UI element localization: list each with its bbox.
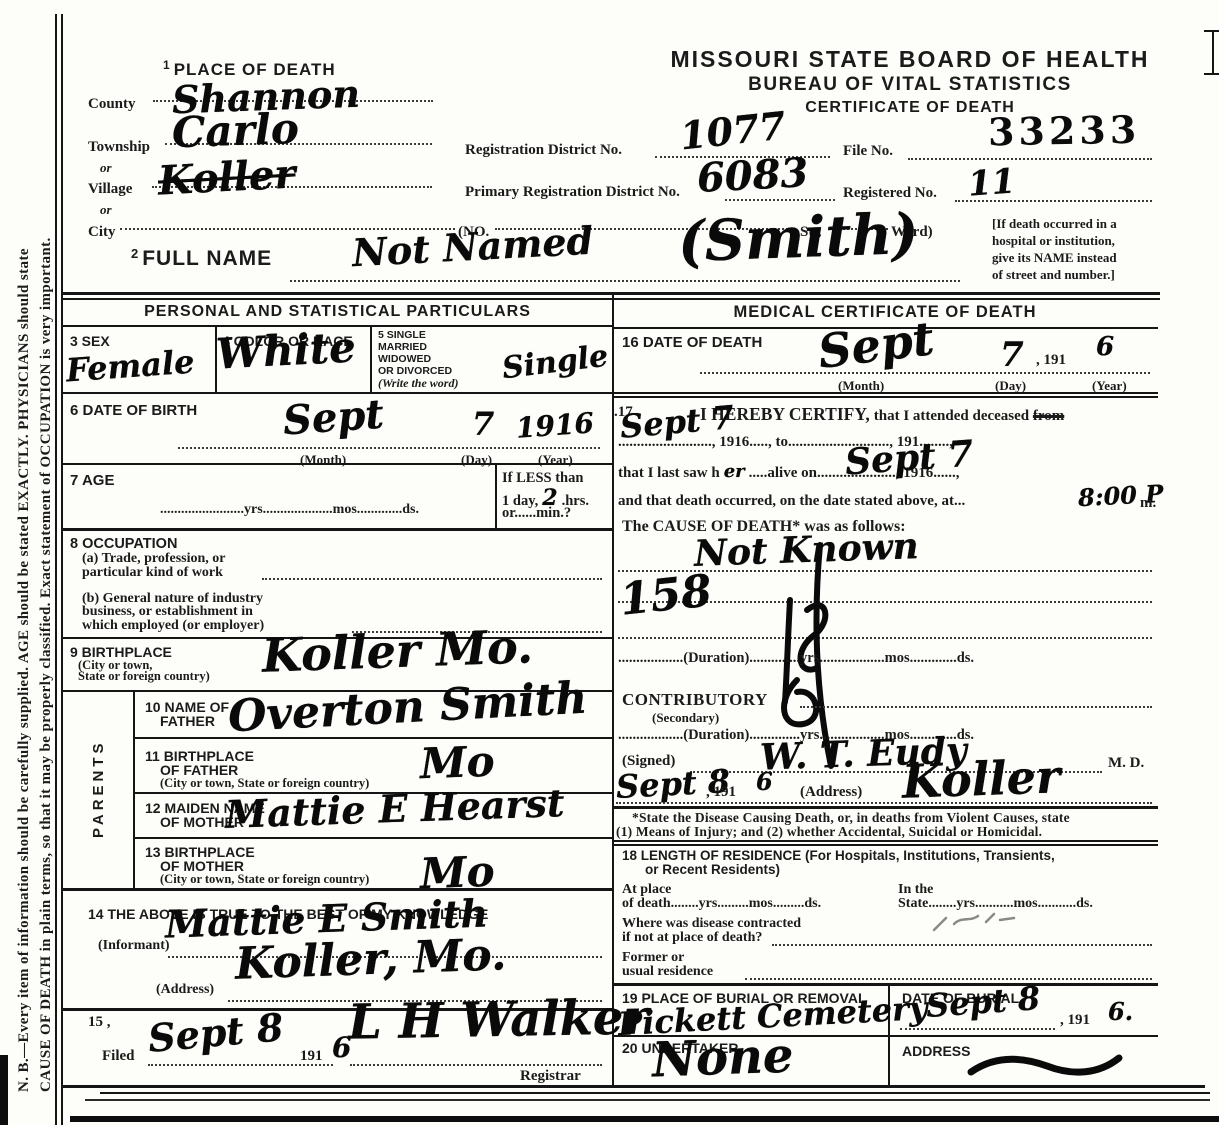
primary-district-label: Primary Registration District No. bbox=[465, 184, 680, 201]
marital-value: Single bbox=[501, 342, 610, 385]
informant-address-value: Koller, Mo. bbox=[234, 933, 507, 986]
full-name-label: 2 FULL NAME bbox=[131, 246, 272, 271]
race-marital-divider bbox=[370, 325, 372, 392]
full-name-given: Not Named bbox=[351, 222, 594, 273]
township-value: Carlo bbox=[171, 108, 299, 154]
parents-vertical-label: PARENTS bbox=[90, 739, 107, 838]
burial-date-value: Sept 8 bbox=[925, 982, 1041, 1022]
undertaker-address-dash-stroke bbox=[965, 1050, 1125, 1082]
left-border-line-outer bbox=[55, 14, 57, 1125]
date-of-death-line bbox=[700, 372, 1150, 374]
date-of-death-month: Sept bbox=[816, 315, 937, 375]
rule-under-footnote-2 bbox=[612, 844, 1158, 846]
date-of-death-day: 7 bbox=[1000, 338, 1024, 372]
at-place-line2: of death........yrs.........mos.........… bbox=[622, 896, 821, 912]
last-saw-pre: that I last saw h bbox=[618, 465, 720, 481]
margin-note-line2: CAUSE OF DEATH in plain terms, so that i… bbox=[38, 237, 55, 1092]
signed-year-printed: , 191 bbox=[706, 784, 736, 801]
bureau-title: BUREAU OF VITAL STATISTICS bbox=[650, 74, 1170, 96]
full-name-line bbox=[290, 280, 960, 282]
bottom-rule-1 bbox=[63, 1085, 1205, 1088]
cause-line-3 bbox=[618, 637, 1152, 639]
rule-under-age bbox=[63, 528, 612, 531]
county-label: County bbox=[88, 96, 136, 113]
marital-label-line3: WIDOWED bbox=[378, 353, 458, 365]
dob-day-caption: (Day) bbox=[461, 452, 492, 468]
rule-under-father-name bbox=[133, 737, 612, 739]
death-occurred-line: and that death occurred, on the date sta… bbox=[618, 493, 965, 510]
burial-year-digit: 6. bbox=[1108, 1000, 1133, 1024]
left-border-line-inner bbox=[61, 14, 63, 1125]
residence-label-line1: 18 LENGTH OF RESIDENCE (For Hospitals, I… bbox=[622, 848, 1055, 863]
village-value-struck: Koller bbox=[157, 154, 296, 201]
village-or: or bbox=[100, 202, 112, 218]
contributory-line bbox=[800, 706, 1152, 708]
last-saw-date: Sept 7 bbox=[844, 436, 974, 481]
residence-label-line2: or Recent Residents) bbox=[645, 862, 780, 877]
secondary-label: (Secondary) bbox=[652, 710, 719, 726]
bottom-rule-2 bbox=[100, 1092, 1210, 1094]
former-residence-line2: usual residence bbox=[622, 964, 713, 980]
full-name-label-text: FULL NAME bbox=[142, 247, 272, 270]
full-name-surname: (Smith) bbox=[677, 206, 919, 270]
certify-from-struck: from bbox=[1033, 408, 1064, 424]
mother-maiden-value: Mattie E Hearst bbox=[224, 784, 565, 834]
md-label: M. D. bbox=[1108, 755, 1144, 772]
dob-label: 6 DATE OF BIRTH bbox=[70, 402, 197, 419]
rule-under-signed bbox=[612, 806, 1158, 809]
hospital-note-line3: give its NAME instead bbox=[992, 249, 1117, 266]
contracted-line2: if not at place of death? bbox=[622, 930, 762, 946]
marital-label-line2: MARRIED bbox=[378, 341, 458, 353]
certify-line: I HEREBY CERTIFY, that I attended deceas… bbox=[700, 404, 1064, 425]
dob-year-value: 1916 bbox=[515, 409, 595, 442]
scan-artifact-top-right-3 bbox=[1204, 73, 1219, 75]
marital-label: 5 SINGLE MARRIED WIDOWED OR DIVORCED (Wr… bbox=[378, 329, 458, 389]
rule-under-residence bbox=[612, 983, 1158, 986]
hospital-note-line4: of street and number.] bbox=[992, 266, 1117, 283]
registered-no-value: 11 bbox=[967, 164, 1017, 201]
registrar-label: Registrar bbox=[520, 1068, 581, 1085]
marital-label-line1: 5 SINGLE bbox=[378, 329, 458, 341]
informant-address-label: (Address) bbox=[156, 982, 214, 998]
dob-month-caption: (Month) bbox=[300, 452, 346, 468]
burial-date-line bbox=[900, 1028, 1055, 1030]
file-no-line bbox=[908, 158, 1152, 160]
hospital-note-line2: hospital or institution, bbox=[992, 232, 1117, 249]
father-birthplace-value: Mo bbox=[419, 741, 495, 786]
age-label: 7 AGE bbox=[70, 472, 114, 489]
burial-year-printed: , 191 bbox=[1060, 1012, 1090, 1029]
birthplace-sub2: State or foreign country) bbox=[78, 669, 210, 684]
file-no-label: File No. bbox=[843, 143, 893, 160]
hospital-note-line1: [If death occurred in a bbox=[992, 215, 1117, 232]
filed-year-printed: 191 bbox=[300, 1048, 323, 1065]
father-name-label2: FATHER bbox=[160, 713, 215, 729]
primary-district-value: 6083 bbox=[696, 153, 809, 199]
scan-artifact-top-right-2 bbox=[1212, 32, 1214, 74]
undertaker-value: None bbox=[651, 1032, 794, 1085]
race-value: White bbox=[215, 326, 357, 375]
signed-year-digit: 6 bbox=[756, 770, 773, 794]
scan-edge-artifact-bottom-left bbox=[0, 1055, 8, 1125]
margin-note-line1: N. B.—Every item of information should b… bbox=[16, 248, 33, 1092]
scan-edge-artifact-bottom bbox=[70, 1116, 1219, 1122]
file-no-stamp: 33233 bbox=[988, 107, 1141, 155]
stray-scan-line bbox=[85, 1099, 1210, 1101]
marital-label-line5: (Write the word) bbox=[378, 377, 458, 389]
cause-code-value: 158 bbox=[618, 569, 714, 622]
rule-under-dod-2 bbox=[612, 396, 1158, 398]
contracted-answer-line bbox=[772, 944, 1152, 946]
informant-label: (Informant) bbox=[98, 938, 170, 954]
registrar-signature-line bbox=[350, 1064, 602, 1066]
rule-under-dob bbox=[63, 463, 612, 465]
occupation-a-line2: particular kind of work bbox=[82, 565, 223, 581]
occupation-label: 8 OCCUPATION bbox=[70, 536, 177, 552]
date-of-death-year-digit: 6 bbox=[1096, 334, 1114, 360]
rule-under-footnote-1 bbox=[612, 840, 1158, 842]
signed-address-label: (Address) bbox=[800, 784, 862, 801]
dob-day-value: 7 bbox=[472, 408, 494, 440]
faint-ink-marks bbox=[930, 908, 1020, 936]
sex-value: Female bbox=[65, 346, 195, 387]
signed-address-value: Koller bbox=[901, 753, 1061, 804]
last-saw-er: er bbox=[724, 461, 745, 482]
former-residence-answer-line bbox=[745, 978, 1152, 980]
occupation-a-line bbox=[262, 578, 602, 580]
age-units-line: ........................yrs.............… bbox=[160, 502, 419, 518]
birthplace-value: Koller Mo. bbox=[261, 623, 533, 678]
father-name-value: Overton Smith bbox=[227, 677, 588, 740]
date-of-death-year-printed: , 191 bbox=[1036, 352, 1066, 369]
age-less-line3: or......min.? bbox=[502, 505, 571, 522]
rule-under-mother-maiden bbox=[133, 837, 612, 839]
city-label: City bbox=[88, 224, 116, 241]
duration-line-primary: ..................(Duration)............… bbox=[618, 650, 974, 667]
dob-month-value: Sept bbox=[282, 395, 385, 442]
full-name-number: 2 bbox=[131, 246, 138, 261]
hospital-note: [If death occurred in a hospital or inst… bbox=[992, 215, 1117, 283]
registration-district-value: 1077 bbox=[678, 107, 787, 156]
sex-label: 3 SEX bbox=[70, 333, 110, 349]
parents-column-divider bbox=[133, 690, 135, 888]
registration-district-label: Registration District No. bbox=[465, 142, 622, 159]
age-cell-divider bbox=[495, 463, 497, 528]
township-or: or bbox=[100, 160, 112, 176]
registered-no-label: Registered No. bbox=[843, 185, 937, 202]
rule-under-dod-1 bbox=[612, 392, 1158, 394]
contributory-label: CONTRIBUTORY bbox=[622, 690, 768, 710]
undertaker-address-label: ADDRESS bbox=[902, 1043, 970, 1059]
date-of-death-label: 16 DATE OF DEATH bbox=[622, 334, 762, 351]
certify-rest-text: that I attended deceased bbox=[874, 408, 1033, 424]
rule-under-parents bbox=[63, 888, 612, 891]
occupation-b-line3: which employed (or employer) bbox=[82, 618, 264, 634]
filed-label: Filed bbox=[102, 1048, 135, 1065]
filed-number: 15 , bbox=[88, 1014, 111, 1031]
place-number: 1 bbox=[163, 58, 170, 72]
footnote-line2: (1) Means of Injury; and (2) whether Acc… bbox=[616, 824, 1042, 840]
dob-line bbox=[178, 447, 600, 449]
signed-address-line bbox=[616, 802, 1152, 804]
township-label: Township bbox=[88, 139, 150, 156]
death-time-m: m. bbox=[1140, 495, 1156, 512]
death-certificate-document: N. B.—Every item of information should b… bbox=[0, 0, 1219, 1125]
personal-section-title: PERSONAL AND STATISTICAL PARTICULARS bbox=[63, 303, 612, 321]
filed-date-value: Sept 8 bbox=[147, 1008, 285, 1058]
registrar-signature: L H Walker bbox=[348, 993, 649, 1046]
mother-birthplace-label3: (City or town, State or foreign country) bbox=[160, 872, 369, 887]
org-title: MISSOURI STATE BOARD OF HEALTH bbox=[650, 46, 1170, 73]
village-label: Village bbox=[88, 181, 132, 198]
dob-year-caption: (Year) bbox=[538, 452, 573, 468]
